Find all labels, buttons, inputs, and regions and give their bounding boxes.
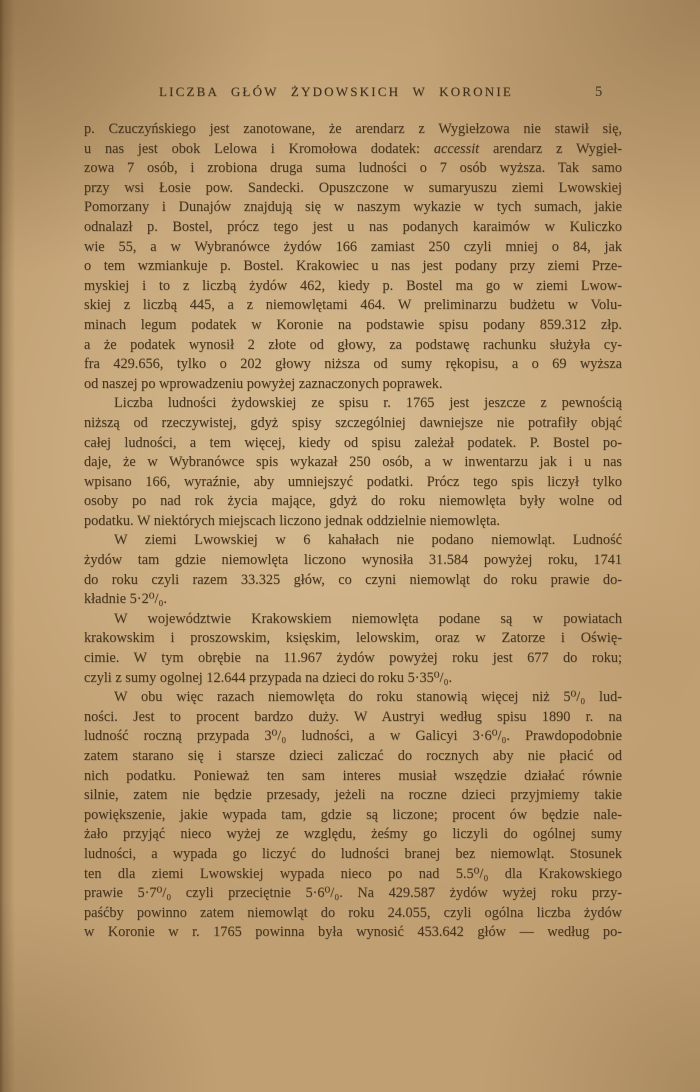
text-line: do roku czyli razem 33.325 głów, co czyn… <box>84 571 622 591</box>
text-line: żydów tam gdzie niemowlęta liczono wynos… <box>84 551 622 571</box>
text-line: zatem starano się i starsze dzieci zalic… <box>84 747 622 767</box>
text-line: odnalazł p. Bostel, prócz tego jest u na… <box>84 218 622 238</box>
text-line: powiększenie, jakie wypada tam, gdzie są… <box>84 806 622 826</box>
text-line: w Koronie w r. 1765 powinna była wynosić… <box>84 923 622 943</box>
paragraph-3: W ziemi Lwowskiej w 6 kahałach nie podan… <box>84 531 622 609</box>
text-line: żało przyjąć nieco wyżej ze względu, żeś… <box>84 825 622 845</box>
text-line: ten dla ziemi Lwowskiej wypada nieco po … <box>84 865 622 885</box>
text-line: daje, że w Wybranówce spis wykazał 250 o… <box>84 453 622 473</box>
page-title: LICZBA GŁÓW ŻYDOWSKICH W KORONIE <box>159 84 513 100</box>
text-line: ności. Jest to procent bardzo duży. W Au… <box>84 708 622 728</box>
text-line: paśćby powinno zatem niemowląt do roku 2… <box>84 904 622 924</box>
paragraph-4: W województwie Krakowskiem niemowlęta po… <box>84 610 622 688</box>
text-line: wpisano 166, wyraźnie, aby umniejszyć po… <box>84 473 622 493</box>
text-line: W obu więc razach niemowlęta do roku sta… <box>84 688 622 708</box>
text-line: osoby po nad rok życia mające, gdyż do r… <box>84 492 622 512</box>
text-line: krakowskim i proszowskim, księskim, lelo… <box>84 629 622 649</box>
text-line: podatku. W niektórych miejscach liczono … <box>84 512 622 532</box>
text-line: u nas jest obok Lelowa i Kromołowa dodat… <box>84 140 622 160</box>
text-line: myskiej i to z liczbą żydów 462, kiedy p… <box>84 277 622 297</box>
text-line: o tem wzmiankuje p. Bostel. Krakowiec u … <box>84 257 622 277</box>
text-line: zowa 7 osób, i zrobiona druga suma ludno… <box>84 159 622 179</box>
text-line: niższą od rzeczywistej, gdyż spisy szcze… <box>84 414 622 434</box>
text-line: a że podatek wynosił 2 złote od głowy, z… <box>84 336 622 356</box>
text-segment: arendarz z Wygieł- <box>479 141 622 157</box>
text-line: ludność roczną przypada 3⁰/₀ ludności, a… <box>84 727 622 747</box>
text-line: silnie, zatem nie będzie przesady, jeżel… <box>84 786 622 806</box>
text-segment: u nas jest obok Lelowa i Kromołowa dodat… <box>84 141 434 157</box>
running-head: LICZBA GŁÓW ŻYDOWSKICH W KORONIE 5 <box>0 84 700 104</box>
paragraph-5: W obu więc razach niemowlęta do roku sta… <box>84 688 622 943</box>
text-line: przy wsi Łosie pow. Sandecki. Opuszczone… <box>84 179 622 199</box>
text-line: nich podatku. Ponieważ ten sam interes m… <box>84 767 622 787</box>
page-body: p. Czuczyńskiego jest zanotowane, że are… <box>84 120 622 943</box>
text-line: całej ludności, a tem więcej, kiedy od s… <box>84 434 622 454</box>
text-line: cimie. W tym obrębie na 11.967 żydów pow… <box>84 649 622 669</box>
paragraph-1: p. Czuczyńskiego jest zanotowane, że are… <box>84 120 622 394</box>
text-line: prawie 5·7⁰/₀ czyli przeciętnie 5·6⁰/₀. … <box>84 884 622 904</box>
text-line: kładnie 5·2⁰/₀. <box>84 590 622 610</box>
text-line: ludności, a wypada go liczyć do ludności… <box>84 845 622 865</box>
italic-word: accessit <box>434 141 479 157</box>
scanned-book-page: { "header": { "title": "LICZBA GŁÓW ŻYDO… <box>0 0 700 1092</box>
text-line: czyli z sumy ogolnej 12.644 przypada na … <box>84 669 622 689</box>
text-line: W województwie Krakowskiem niemowlęta po… <box>84 610 622 630</box>
paragraph-2: Liczba ludności żydowskiej ze spisu r. 1… <box>84 394 622 531</box>
text-line: Pomorzany i Dunajów znajdują się w naszy… <box>84 198 622 218</box>
text-line: minach legum podatek w Koronie na podsta… <box>84 316 622 336</box>
text-line: od naszej po wprowadzeniu powyżej zaznac… <box>84 375 622 395</box>
text-line: skiej z liczbą 445, a z niemowlętami 464… <box>84 296 622 316</box>
text-line: W ziemi Lwowskiej w 6 kahałach nie podan… <box>84 531 622 551</box>
page-number: 5 <box>595 84 602 101</box>
text-line: p. Czuczyńskiego jest zanotowane, że are… <box>84 120 622 140</box>
text-line: wie 55, a w Wybranówce żydów 166 zamiast… <box>84 238 622 258</box>
text-line: Liczba ludności żydowskiej ze spisu r. 1… <box>84 394 622 414</box>
text-line: fra 429.656, tylko o 202 głowy niższa od… <box>84 355 622 375</box>
